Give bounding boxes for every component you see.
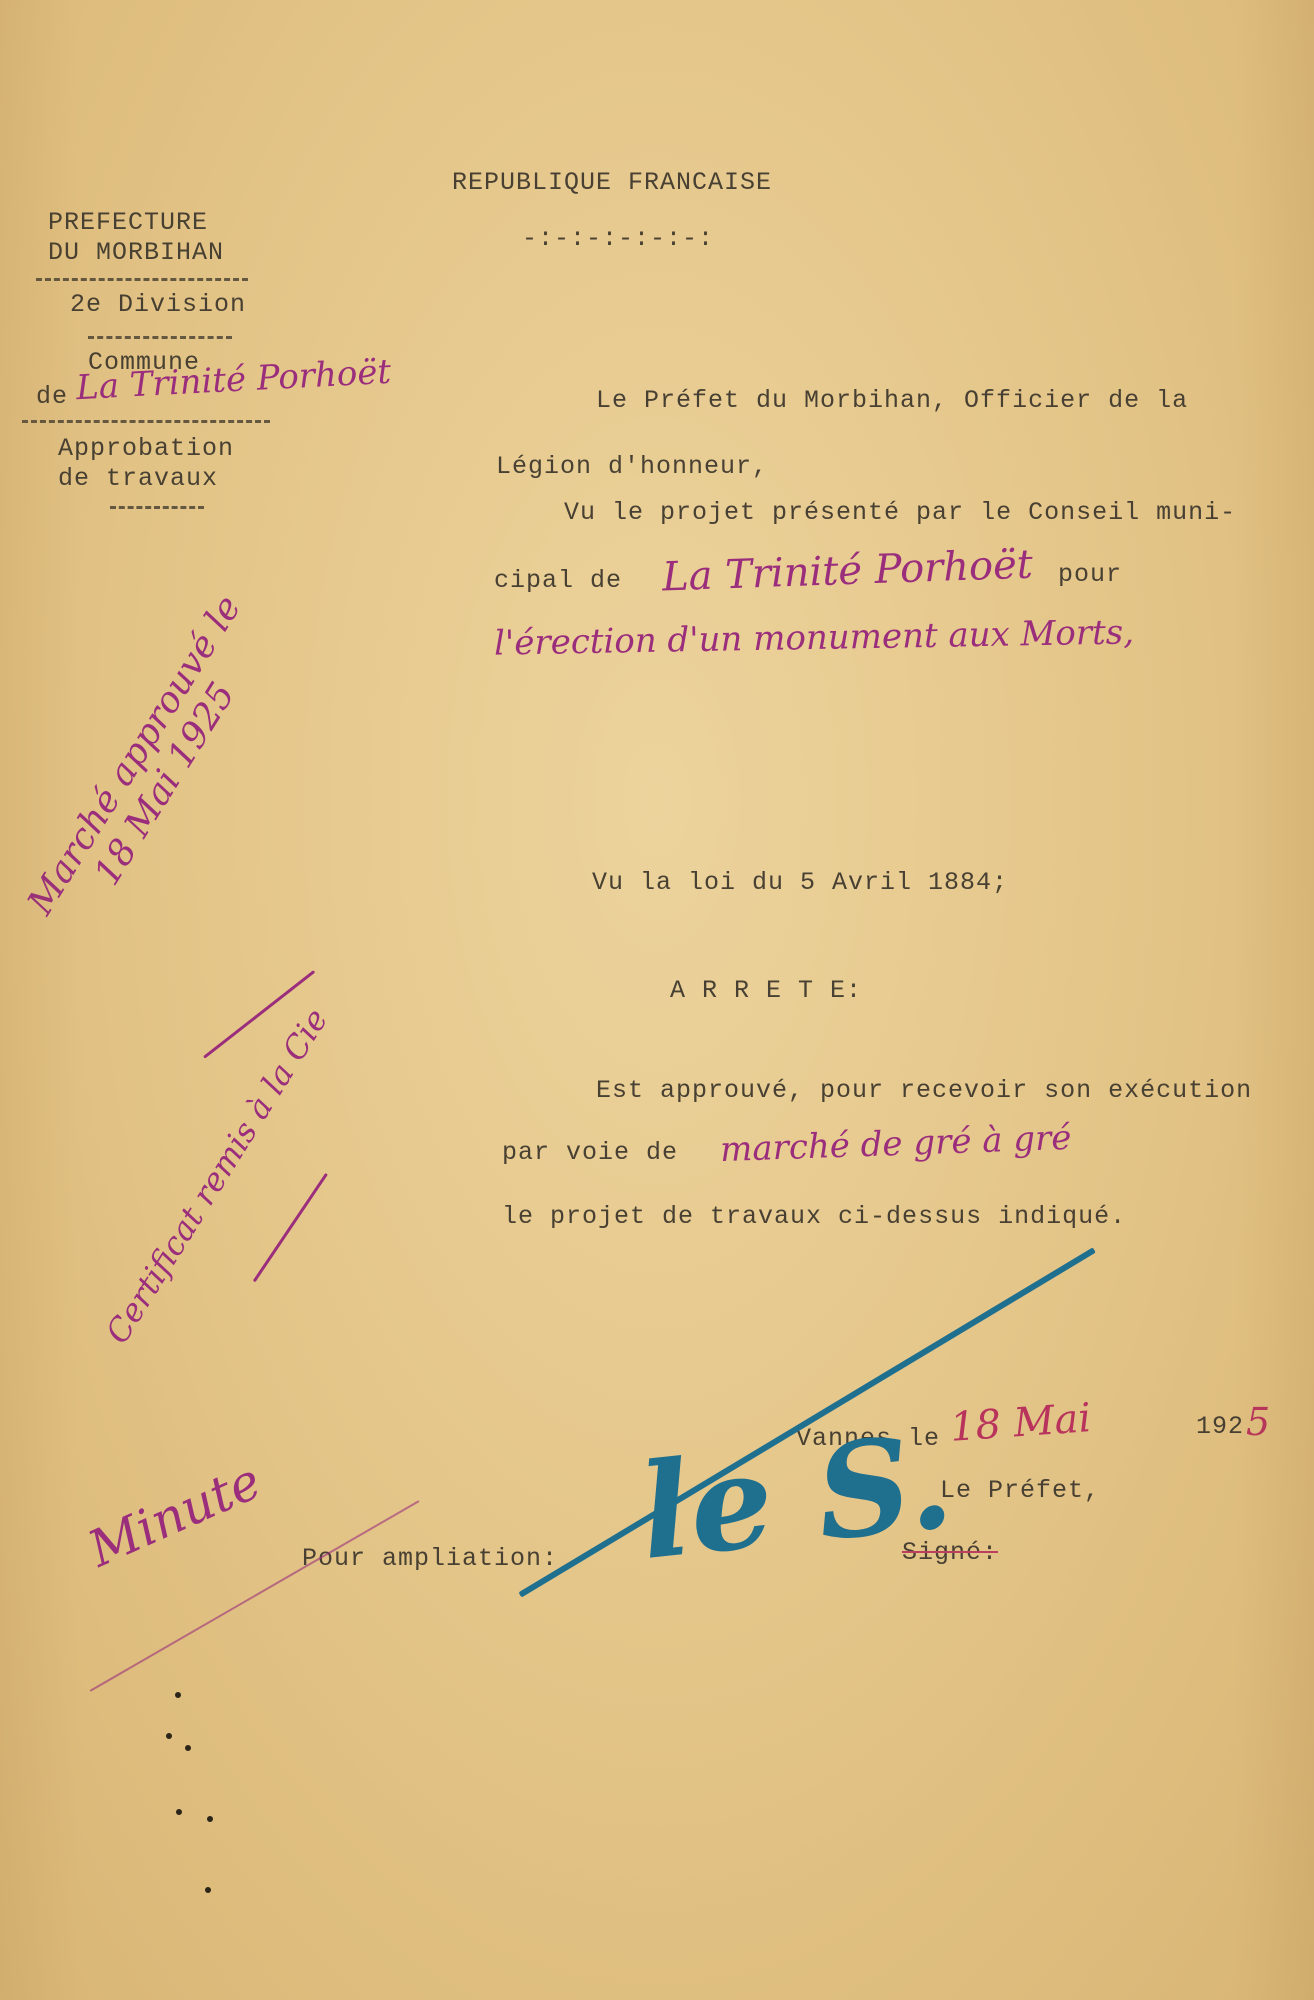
minute-annotation: Minute bbox=[80, 1452, 269, 1579]
pin-hole bbox=[176, 1809, 182, 1815]
pin-hole bbox=[175, 1692, 181, 1698]
signatory-label: Le Préfet, bbox=[940, 1476, 1100, 1505]
margin-note-certificat: Certificat remis à la Cie bbox=[98, 1002, 335, 1350]
divider bbox=[22, 420, 270, 423]
morbihan-label: DU MORBIHAN bbox=[48, 238, 224, 267]
subject-line-1: Approbation bbox=[58, 434, 234, 463]
document-page: PREFECTURE DU MORBIHAN 2e Division Commu… bbox=[0, 0, 1314, 2000]
pin-hole bbox=[205, 1887, 211, 1893]
pin-hole bbox=[166, 1733, 172, 1739]
preamble-line-2: Légion d'honneur, bbox=[496, 452, 768, 481]
pin-hole bbox=[185, 1745, 191, 1751]
date-handwritten: 18 Mai bbox=[949, 1395, 1093, 1451]
prefecture-label: PREFECTURE bbox=[48, 208, 208, 237]
purpose-handwritten: l'érection d'un monument aux Morts, bbox=[494, 612, 1135, 663]
pin-hole bbox=[207, 1816, 213, 1822]
article-line-3: le projet de travaux ci-dessus indiqué. bbox=[502, 1202, 1126, 1231]
subject-line-2: de travaux bbox=[58, 464, 218, 493]
article-line-2-handwritten: marché de gré à gré bbox=[719, 1118, 1072, 1170]
republic-title: REPUBLIQUE FRANCAISE bbox=[452, 168, 772, 197]
divider bbox=[36, 278, 248, 281]
vu-loi-line: Vu la loi du 5 Avril 1884; bbox=[592, 868, 1008, 897]
vu-projet-line-1: Vu le projet présenté par le Conseil mun… bbox=[564, 498, 1236, 527]
vu-projet-commune-handwritten: La Trinité Porhoët bbox=[661, 542, 1033, 601]
year-handwritten-digit: 5 bbox=[1246, 1400, 1270, 1444]
vu-projet-line-2-prefix: cipal de bbox=[494, 566, 622, 595]
year-typed: 192 bbox=[1196, 1412, 1244, 1441]
arrete-heading: A R R E T E: bbox=[670, 976, 862, 1005]
margin-underline bbox=[253, 1173, 328, 1282]
vu-projet-line-2-suffix: pour bbox=[1058, 560, 1122, 589]
margin-note-marche-approuve: Marché approuvé le 18 Mai 1925 bbox=[20, 589, 284, 944]
commune-prefix: de bbox=[36, 382, 68, 411]
divider bbox=[88, 336, 232, 339]
article-line-2-prefix: par voie de bbox=[502, 1138, 678, 1167]
title-ornament: -:-:-:-:-:-: bbox=[522, 224, 714, 253]
division-label: 2e Division bbox=[70, 290, 246, 319]
preamble-line-1: Le Préfet du Morbihan, Officier de la bbox=[596, 386, 1188, 415]
margin-note-line-1: Marché approuvé le bbox=[20, 589, 249, 922]
ampliation-label: Pour ampliation: bbox=[302, 1544, 558, 1573]
divider bbox=[110, 506, 204, 509]
article-line-1: Est approuvé, pour recevoir son exécutio… bbox=[596, 1076, 1252, 1105]
